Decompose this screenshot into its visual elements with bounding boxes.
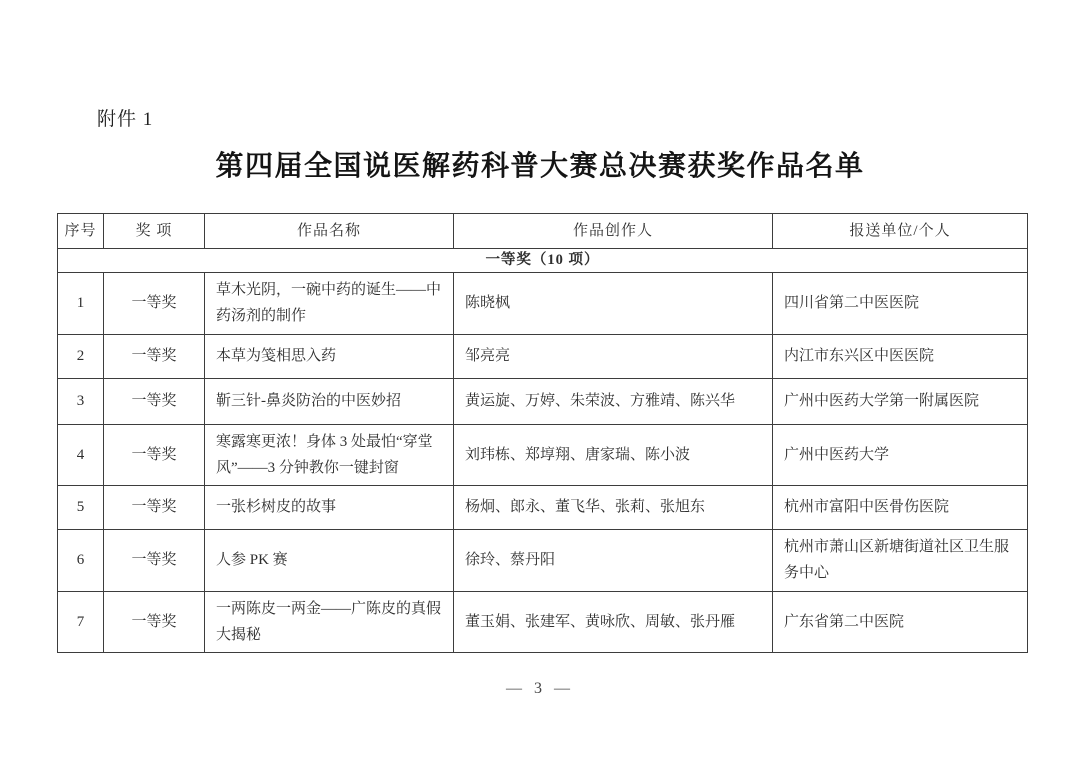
cell-index: 3 <box>58 378 104 424</box>
column-header-unit: 报送单位/个人 <box>773 214 1028 249</box>
table-row: 4 一等奖 寒露寒更浓！身体 3 处最怕“穿堂风”——3 分钟教你一键封窗 刘玮… <box>58 424 1028 486</box>
table-header-row: 序号 奖 项 作品名称 作品创作人 报送单位/个人 <box>58 214 1028 249</box>
cell-work-title: 人参 PK 赛 <box>205 530 454 592</box>
cell-work-title: 本草为笺相思入药 <box>205 334 454 378</box>
cell-index: 6 <box>58 530 104 592</box>
table-row: 2 一等奖 本草为笺相思入药 邹亮亮 内江市东兴区中医医院 <box>58 334 1028 378</box>
cell-index: 4 <box>58 424 104 486</box>
cell-creators: 刘玮栋、郑埻翔、唐家瑞、陈小波 <box>454 424 773 486</box>
cell-work-title: 一张杉树皮的故事 <box>205 486 454 530</box>
page-number: — 3 — <box>0 680 1080 698</box>
table-row: 3 一等奖 靳三针-鼻炎防治的中医妙招 黄运旋、万婷、朱荣波、方雅靖、陈兴华 广… <box>58 378 1028 424</box>
cell-award: 一等奖 <box>104 424 205 486</box>
cell-work-title: 一两陈皮一两金——广陈皮的真假大揭秘 <box>205 591 454 653</box>
cell-creators: 陈晓枫 <box>454 273 773 335</box>
cell-unit: 广东省第二中医院 <box>773 591 1028 653</box>
cell-index: 1 <box>58 273 104 335</box>
table-row: 1 一等奖 草木光阴，一碗中药的诞生——中药汤剂的制作 陈晓枫 四川省第二中医医… <box>58 273 1028 335</box>
cell-award: 一等奖 <box>104 334 205 378</box>
cell-unit: 广州中医药大学 <box>773 424 1028 486</box>
section-title: 一等奖（10 项） <box>58 249 1028 273</box>
cell-work-title: 寒露寒更浓！身体 3 处最怕“穿堂风”——3 分钟教你一键封窗 <box>205 424 454 486</box>
cell-award: 一等奖 <box>104 591 205 653</box>
awards-table: 序号 奖 项 作品名称 作品创作人 报送单位/个人 一等奖（10 项） 1 一等… <box>57 213 1028 653</box>
table-row: 5 一等奖 一张杉树皮的故事 杨炯、郎永、董飞华、张莉、张旭东 杭州市富阳中医骨… <box>58 486 1028 530</box>
column-header-creators: 作品创作人 <box>454 214 773 249</box>
cell-award: 一等奖 <box>104 486 205 530</box>
cell-creators: 徐玲、蔡丹阳 <box>454 530 773 592</box>
cell-work-title: 草木光阴，一碗中药的诞生——中药汤剂的制作 <box>205 273 454 335</box>
document-page: 附件 1 第四届全国说医解药科普大赛总决赛获奖作品名单 序号 奖 项 作品名称 … <box>0 0 1080 764</box>
column-header-work-title: 作品名称 <box>205 214 454 249</box>
cell-index: 7 <box>58 591 104 653</box>
cell-index: 5 <box>58 486 104 530</box>
page-title: 第四届全国说医解药科普大赛总决赛获奖作品名单 <box>0 144 1080 184</box>
section-row-first-prize: 一等奖（10 项） <box>58 249 1028 273</box>
cell-unit: 四川省第二中医医院 <box>773 273 1028 335</box>
cell-creators: 黄运旋、万婷、朱荣波、方雅靖、陈兴华 <box>454 378 773 424</box>
cell-index: 2 <box>58 334 104 378</box>
table-row: 6 一等奖 人参 PK 赛 徐玲、蔡丹阳 杭州市萧山区新塘街道社区卫生服务中心 <box>58 530 1028 592</box>
cell-work-title: 靳三针-鼻炎防治的中医妙招 <box>205 378 454 424</box>
cell-unit: 广州中医药大学第一附属医院 <box>773 378 1028 424</box>
cell-creators: 董玉娟、张建军、黄咏欣、周敏、张丹雁 <box>454 591 773 653</box>
cell-creators: 邹亮亮 <box>454 334 773 378</box>
cell-award: 一等奖 <box>104 273 205 335</box>
cell-unit: 杭州市富阳中医骨伤医院 <box>773 486 1028 530</box>
column-header-award: 奖 项 <box>104 214 205 249</box>
cell-award: 一等奖 <box>104 530 205 592</box>
cell-award: 一等奖 <box>104 378 205 424</box>
cell-creators: 杨炯、郎永、董飞华、张莉、张旭东 <box>454 486 773 530</box>
cell-unit: 杭州市萧山区新塘街道社区卫生服务中心 <box>773 530 1028 592</box>
attachment-label: 附件 1 <box>97 104 153 131</box>
cell-unit: 内江市东兴区中医医院 <box>773 334 1028 378</box>
table-row: 7 一等奖 一两陈皮一两金——广陈皮的真假大揭秘 董玉娟、张建军、黄咏欣、周敏、… <box>58 591 1028 653</box>
column-header-index: 序号 <box>58 214 104 249</box>
